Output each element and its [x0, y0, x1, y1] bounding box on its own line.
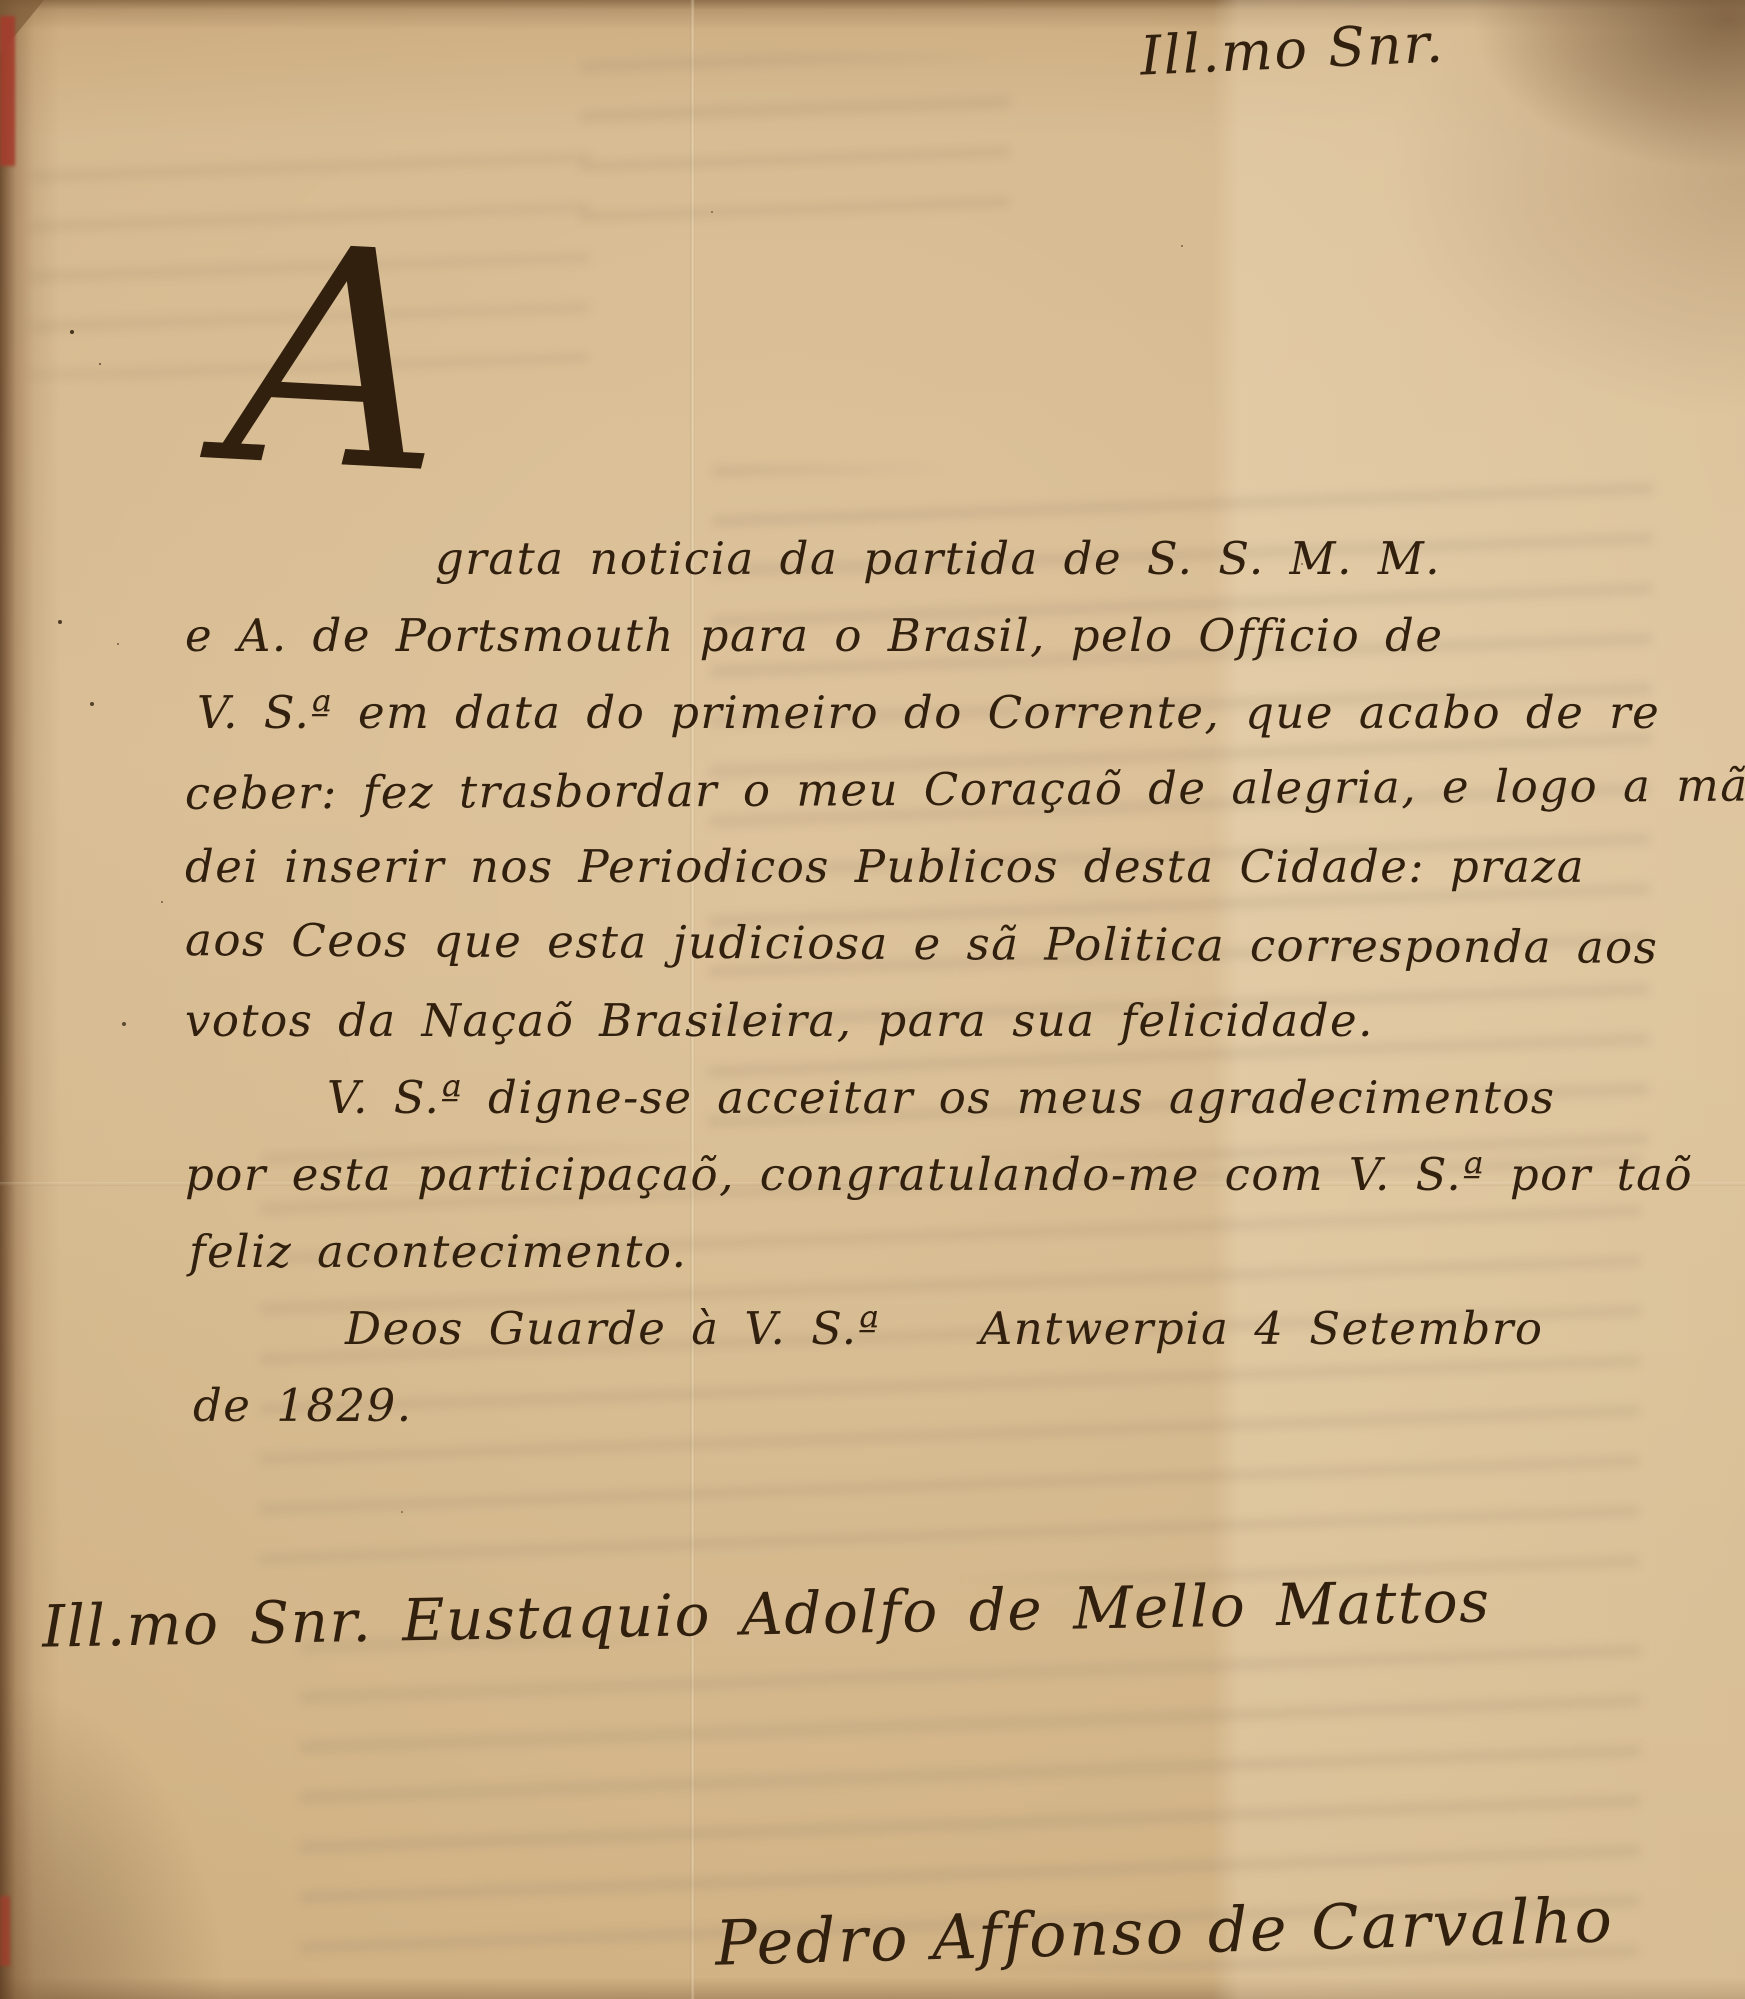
letter-line: e A. de Portsmouth para o Brasil, pelo O…	[185, 609, 1655, 686]
ink-showthrough	[579, 53, 1010, 227]
letter-body: grata noticia da partida de S. S. M. M.e…	[185, 532, 1655, 1456]
letter-line: dei inserir nos Periodicos Publicos dest…	[185, 840, 1655, 917]
decorative-initial: A	[221, 213, 452, 509]
red-edge-mark-bottom	[0, 1896, 10, 1966]
letter-line: aos Ceos que esta judiciosa e sã Politic…	[185, 913, 1655, 998]
manuscript-page: Ill.mo Snr. A grata noticia da partida d…	[0, 0, 1745, 1999]
letter-line: de 1829.	[193, 1379, 1655, 1456]
letter-line: grata noticia da partida de S. S. M. M.	[435, 532, 1655, 609]
letter-line: Deos Guarde à V. S.ª Antwerpia 4 Setembr…	[345, 1302, 1655, 1379]
red-edge-mark-top	[0, 16, 15, 166]
letter-line: ceber: fez trasbordar o meu Coraçaõ de a…	[185, 759, 1655, 844]
letter-line: V. S.ª digne-se acceitar os meus agradec…	[327, 1071, 1655, 1148]
letter-line: feliz acontecimento.	[189, 1225, 1655, 1302]
letter-line: votos da Naçaõ Brasileira, para sua feli…	[185, 994, 1655, 1071]
letter-line: V. S.ª em data do primeiro do Corrente, …	[197, 686, 1655, 763]
letter-line: por esta participaçaõ, congratulando-me …	[185, 1148, 1655, 1225]
salutation: Ill.mo Snr.	[1139, 11, 1446, 87]
